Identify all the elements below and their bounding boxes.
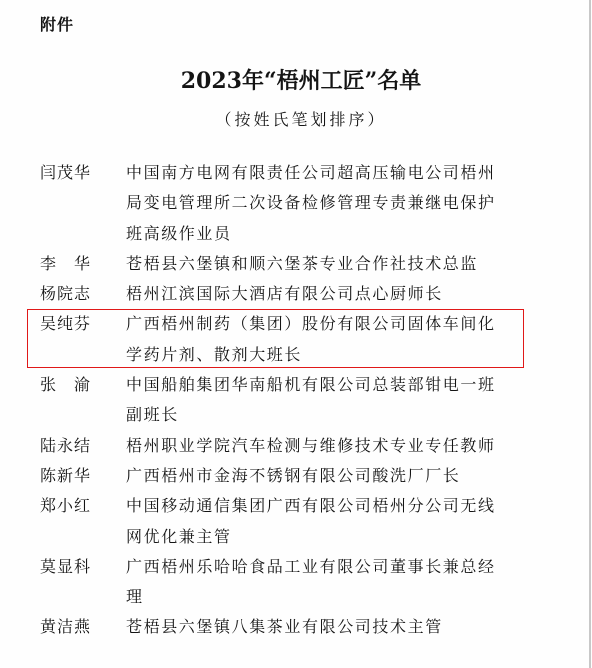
honoree-name: 张 渝 bbox=[40, 370, 126, 431]
list-item: 杨院志 梧州江滨国际大酒店有限公司点心厨师长 bbox=[40, 279, 510, 309]
honoree-description: 梧州江滨国际大酒店有限公司点心厨师长 bbox=[126, 279, 510, 309]
list-item: 黄洁燕 苍梧县六堡镇八集茶业有限公司技术主管 bbox=[40, 612, 510, 642]
honoree-description: 中国移动通信集团广西有限公司梧州分公司无线网优化兼主管 bbox=[126, 491, 510, 552]
honoree-description: 广西梧州乐哈哈食品工业有限公司董事长兼总经理 bbox=[126, 552, 510, 613]
honoree-name: 闫茂华 bbox=[40, 158, 126, 249]
honoree-name: 李 华 bbox=[40, 249, 126, 279]
honoree-name: 黄洁燕 bbox=[40, 612, 126, 642]
list-item: 郑小红 中国移动通信集团广西有限公司梧州分公司无线网优化兼主管 bbox=[40, 491, 510, 552]
honoree-description: 中国南方电网有限责任公司超高压输电公司梧州局变电管理所二次设备检修管理专责兼继电… bbox=[126, 158, 510, 249]
honoree-description: 梧州职业学院汽车检测与维修技术专业专任教师 bbox=[126, 431, 510, 461]
list-item: 陆永结 梧州职业学院汽车检测与维修技术专业专任教师 bbox=[40, 431, 510, 461]
list-item: 陈新华 广西梧州市金海不锈钢有限公司酸洗厂厂长 bbox=[40, 461, 510, 491]
honoree-list: 闫茂华 中国南方电网有限责任公司超高压输电公司梧州局变电管理所二次设备检修管理专… bbox=[40, 158, 510, 643]
honoree-name: 郑小红 bbox=[40, 491, 126, 552]
list-item: 李 华 苍梧县六堡镇和顺六堡茶专业合作社技术总监 bbox=[40, 249, 510, 279]
honoree-description: 苍梧县六堡镇八集茶业有限公司技术主管 bbox=[126, 612, 510, 642]
highlight-box bbox=[27, 309, 524, 368]
page-edge-line bbox=[589, 0, 591, 668]
list-item: 张 渝 中国船舶集团华南船机有限公司总装部钳电一班副班长 bbox=[40, 370, 510, 431]
honoree-name: 陈新华 bbox=[40, 461, 126, 491]
honoree-name: 陆永结 bbox=[40, 431, 126, 461]
document-title: 2023年“梧州工匠”名单 bbox=[0, 64, 592, 95]
list-item: 莫显科 广西梧州乐哈哈食品工业有限公司董事长兼总经理 bbox=[40, 552, 510, 613]
honoree-description: 苍梧县六堡镇和顺六堡茶专业合作社技术总监 bbox=[126, 249, 510, 279]
honoree-name: 杨院志 bbox=[40, 279, 126, 309]
honoree-description: 广西梧州市金海不锈钢有限公司酸洗厂厂长 bbox=[126, 461, 510, 491]
honoree-description: 中国船舶集团华南船机有限公司总装部钳电一班副班长 bbox=[126, 370, 510, 431]
document-subtitle: （按姓氏笔划排序） bbox=[0, 107, 592, 130]
honoree-name: 莫显科 bbox=[40, 552, 126, 613]
attachment-label: 附件 bbox=[40, 12, 74, 35]
list-item: 闫茂华 中国南方电网有限责任公司超高压输电公司梧州局变电管理所二次设备检修管理专… bbox=[40, 158, 510, 249]
